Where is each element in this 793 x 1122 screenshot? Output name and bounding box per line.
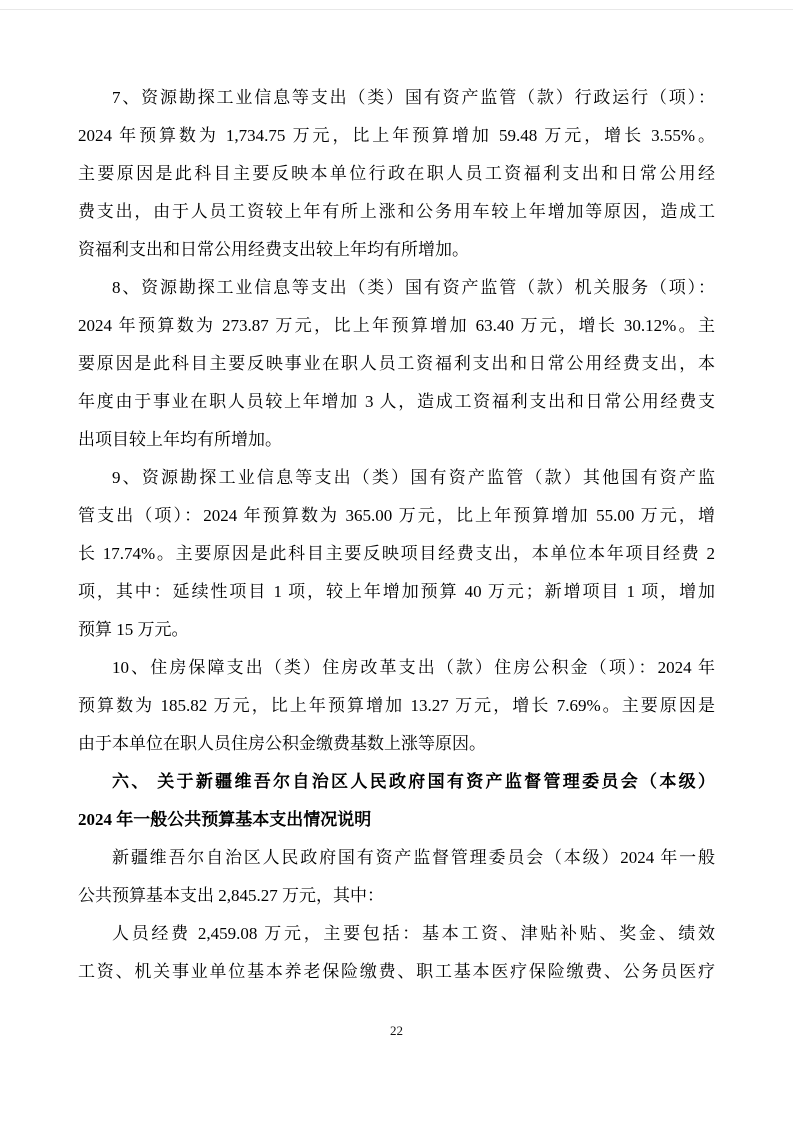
text-line: 出项目较上年均有所增加。 bbox=[78, 421, 715, 459]
text-line: 预算 15 万元。 bbox=[78, 611, 715, 649]
paragraph-item-10: 10、住房保障支出（类）住房改革支出（款）住房公积金（项）：2024 年 预算数… bbox=[78, 649, 715, 763]
text-line: 10、住房保障支出（类）住房改革支出（款）住房公积金（项）：2024 年 bbox=[78, 649, 715, 687]
text-line: 项，其中：延续性项目 1 项，较上年增加预算 40 万元；新增项目 1 项，增加 bbox=[78, 573, 715, 611]
text-line: 预算数为 185.82 万元，比上年预算增加 13.27 万元，增长 7.69%… bbox=[78, 687, 715, 725]
text-line: 9、资源勘探工业信息等支出（类）国有资产监管（款）其他国有资产监 bbox=[78, 459, 715, 497]
text-line: 工资、机关事业单位基本养老保险缴费、职工基本医疗保险缴费、公务员医疗 bbox=[78, 953, 715, 991]
page-number: 22 bbox=[0, 1021, 793, 1041]
text-line: 2024 年预算数为 273.87 万元，比上年预算增加 63.40 万元，增长… bbox=[78, 307, 715, 345]
heading-line: 2024 年一般公共预算基本支出情况说明 bbox=[78, 801, 715, 839]
text-line: 年度由于事业在职人员较上年增加 3 人，造成工资福利支出和日常公用经费支 bbox=[78, 383, 715, 421]
paragraph-personnel-expense: 人员经费 2,459.08 万元，主要包括：基本工资、津贴补贴、奖金、绩效 工资… bbox=[78, 915, 715, 991]
text-line: 主要原因是此科目主要反映本单位行政在职人员工资福利支出和日常公用经 bbox=[78, 155, 715, 193]
text-line: 资福利支出和日常公用经费支出较上年均有所增加。 bbox=[78, 231, 715, 269]
text-line: 要原因是此科目主要反映事业在职人员工资福利支出和日常公用经费支出，本 bbox=[78, 345, 715, 383]
section-heading-6: 六、 关于新疆维吾尔自治区人民政府国有资产监督管理委员会（本级） 2024 年一… bbox=[78, 763, 715, 839]
text-line: 7、资源勘探工业信息等支出（类）国有资产监管（款）行政运行（项）： bbox=[78, 79, 715, 117]
paragraph-item-9: 9、资源勘探工业信息等支出（类）国有资产监管（款）其他国有资产监 管支出（项）：… bbox=[78, 459, 715, 649]
document-page: 7、资源勘探工业信息等支出（类）国有资产监管（款）行政运行（项）： 2024 年… bbox=[0, 0, 793, 1122]
paragraph-section-6-intro: 新疆维吾尔自治区人民政府国有资产监督管理委员会（本级）2024 年一般 公共预算… bbox=[78, 839, 715, 915]
paragraph-item-8: 8、资源勘探工业信息等支出（类）国有资产监管（款）机关服务（项）： 2024 年… bbox=[78, 269, 715, 459]
text-line: 人员经费 2,459.08 万元，主要包括：基本工资、津贴补贴、奖金、绩效 bbox=[78, 915, 715, 953]
text-line: 公共预算基本支出 2,845.27 万元，其中： bbox=[78, 877, 715, 915]
scan-artifact-line bbox=[0, 9, 793, 10]
paragraph-item-7: 7、资源勘探工业信息等支出（类）国有资产监管（款）行政运行（项）： 2024 年… bbox=[78, 79, 715, 269]
text-line: 管支出（项）：2024 年预算数为 365.00 万元，比上年预算增加 55.0… bbox=[78, 497, 715, 535]
text-line: 由于本单位在职人员住房公积金缴费基数上涨等原因。 bbox=[78, 725, 715, 763]
document-body: 7、资源勘探工业信息等支出（类）国有资产监管（款）行政运行（项）： 2024 年… bbox=[78, 79, 715, 991]
text-line: 长 17.74%。主要原因是此科目主要反映项目经费支出，本单位本年项目经费 2 bbox=[78, 535, 715, 573]
text-line: 费支出，由于人员工资较上年有所上涨和公务用车较上年增加等原因，造成工 bbox=[78, 193, 715, 231]
text-line: 新疆维吾尔自治区人民政府国有资产监督管理委员会（本级）2024 年一般 bbox=[78, 839, 715, 877]
heading-line: 六、 关于新疆维吾尔自治区人民政府国有资产监督管理委员会（本级） bbox=[78, 763, 715, 801]
text-line: 2024 年预算数为 1,734.75 万元，比上年预算增加 59.48 万元，… bbox=[78, 117, 715, 155]
text-line: 8、资源勘探工业信息等支出（类）国有资产监管（款）机关服务（项）： bbox=[78, 269, 715, 307]
